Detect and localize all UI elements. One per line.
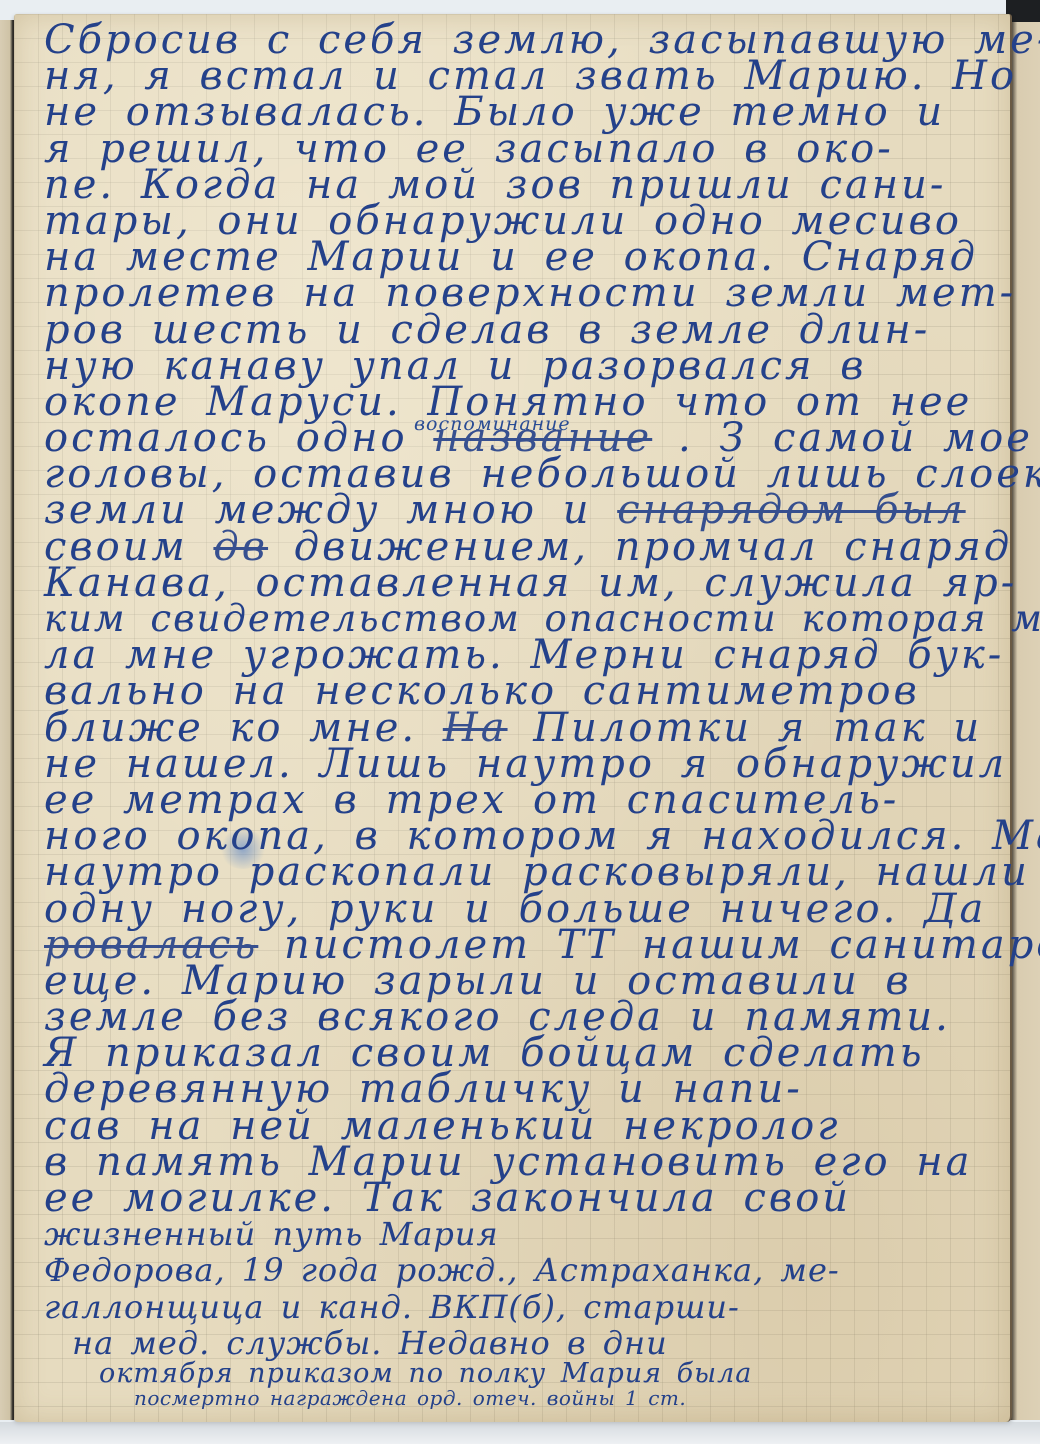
- notebook-binding-edge: [0, 20, 14, 1420]
- struck-out-word: ровалась: [44, 922, 258, 968]
- text-line: ее могилке. Так закончила свой: [44, 1180, 1019, 1216]
- text-line-with-correction: осталось одно название воспоминание . З …: [44, 420, 1019, 456]
- struck-out-word: На: [443, 705, 508, 751]
- inserted-correction: воспоминание: [414, 406, 571, 442]
- text-line: октября приказом по полку Мария была: [44, 1361, 1019, 1387]
- struck-out-word: снарядом был: [617, 487, 965, 533]
- text-line: Федорова, 19 года рожд., Астраханка, ме-: [44, 1252, 1019, 1288]
- text-line: Канава, оставленная им, служила яр-: [44, 565, 1019, 601]
- struck-out-word: дв: [213, 524, 268, 570]
- handwritten-text: Сбросив с себя землю, засыпавшую ме- ня,…: [44, 22, 1019, 1409]
- text-line: посмертно награждена орд. отеч. войны 1 …: [44, 1387, 1019, 1409]
- text-line: галлонщица и канд. ВКП(б), старши-: [44, 1289, 1019, 1325]
- notebook-page: Сбросив с себя землю, засыпавшую ме- ня,…: [14, 14, 1012, 1422]
- scan-bottom-edge: [0, 1422, 1040, 1444]
- text-fragment: . З самой мое: [678, 415, 1033, 461]
- scanned-diary-page: Сбросив с себя землю, засыпавшую ме- ня,…: [0, 0, 1040, 1444]
- text-line: жизненный путь Мария: [44, 1216, 1019, 1252]
- text-line: на мед. службы. Недавно в дни: [44, 1325, 1019, 1361]
- text-fragment: осталось одно: [44, 415, 408, 461]
